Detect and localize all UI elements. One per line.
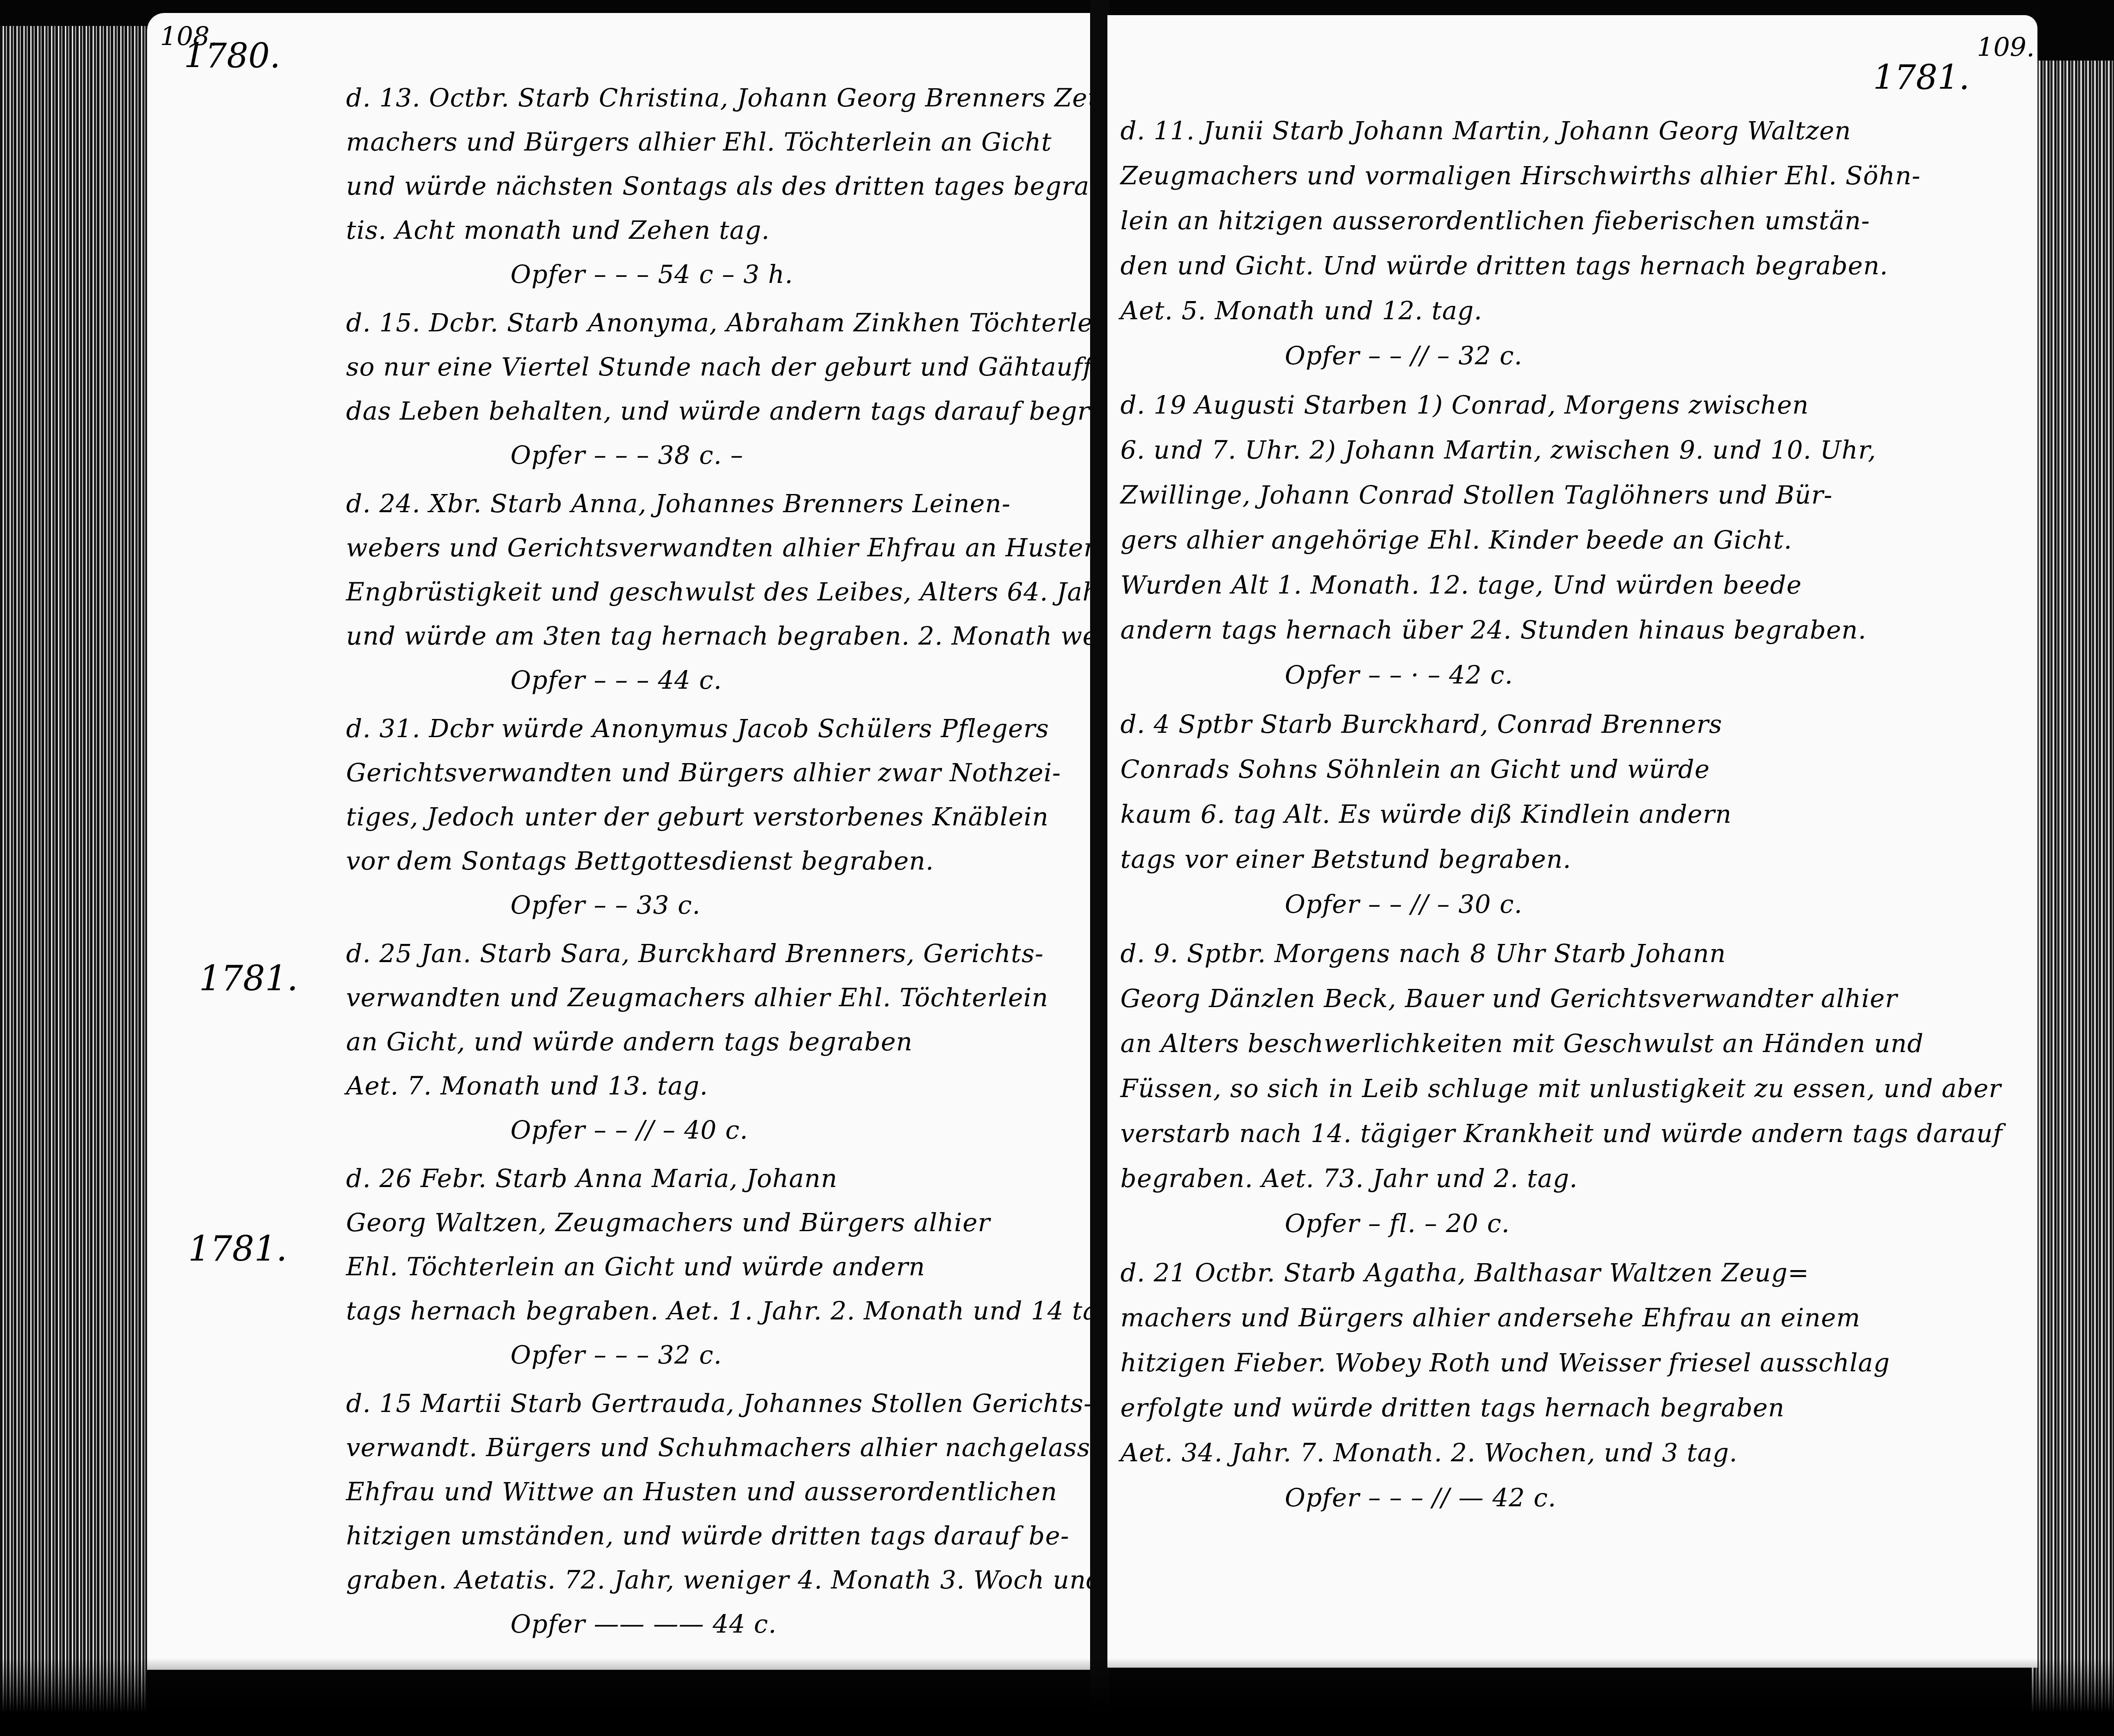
entry-line: verwandten und Zeugmachers alhier Ehl. T… <box>346 975 1090 1020</box>
entry-line: an Gicht, und würde andern tags begraben <box>346 1020 1090 1064</box>
entry-line: Georg Waltzen, Zeugmachers und Bürgers a… <box>346 1200 1090 1245</box>
entry-line: den und Gicht. Und würde dritten tags he… <box>1120 243 1864 288</box>
entry-line: Engbrüstigkeit und geschwulst des Leibes… <box>346 570 1090 614</box>
entry-line: hitzigen umständen, und würde dritten ta… <box>346 1514 1090 1558</box>
entry-line: Aet. 5. Monath und 12. tag. <box>1120 288 1864 333</box>
burial-entry: d. 4 Sptbr Starb Burckhard, Conrad Brenn… <box>1120 702 1864 927</box>
entry-line: Ehfrau und Wittwe an Husten und ausseror… <box>346 1470 1090 1514</box>
margin-year-1: 1781. <box>199 958 298 998</box>
entry-line: machers und Bürgers alhier andersehe Ehf… <box>1120 1295 1864 1340</box>
entry-line: und würde nächsten Sontags als des dritt… <box>346 164 1090 208</box>
entry-line: Zeugmachers und vormaligen Hirschwirths … <box>1120 153 1864 198</box>
offering-fee: Opfer – – – 38 c. – <box>346 433 1090 477</box>
entry-line: und würde am 3ten tag hernach begraben. … <box>346 614 1090 658</box>
offering-fee: Opfer – – – 32 c. <box>346 1333 1090 1377</box>
entry-line: 6. und 7. Uhr. 2) Johann Martin, zwische… <box>1120 427 1864 472</box>
entry-line: d. 25 Jan. Starb Sara, Burckhard Brenner… <box>346 931 1090 975</box>
burial-entry: d. 24. Xbr. Starb Anna, Johannes Brenner… <box>346 481 1090 702</box>
entry-line: verstarb nach 14. tägiger Krankheit und … <box>1120 1111 1864 1156</box>
entry-line: tags hernach begraben. Aet. 1. Jahr. 2. … <box>346 1289 1090 1333</box>
entry-line: d. 13. Octbr. Starb Christina, Johann Ge… <box>346 76 1090 120</box>
entry-line: kaum 6. tag Alt. Es würde diß Kindlein a… <box>1120 792 1864 837</box>
book-gutter <box>1090 0 1110 1736</box>
offering-fee: Opfer – fl. – 20 c. <box>1120 1201 1864 1246</box>
offering-fee: Opfer – – · – 42 c. <box>1120 652 1864 697</box>
burial-entry: d. 15. Dcbr. Starb Anonyma, Abraham Zink… <box>346 301 1090 477</box>
entry-line: d. 26 Febr. Starb Anna Maria, Johann <box>346 1156 1090 1200</box>
burial-entry: d. 9. Sptbr. Morgens nach 8 Uhr Starb Jo… <box>1120 931 1864 1246</box>
entry-line: d. 9. Sptbr. Morgens nach 8 Uhr Starb Jo… <box>1120 931 1864 976</box>
book-scan: 108. 1780. 1781. 1781. d. 13. Octbr. Sta… <box>0 0 2114 1736</box>
entry-line: graben. Aetatis. 72. Jahr, weniger 4. Mo… <box>346 1558 1090 1602</box>
entry-line: d. 21 Octbr. Starb Agatha, Balthasar Wal… <box>1120 1250 1864 1295</box>
offering-fee: Opfer – – – 44 c. <box>346 658 1090 702</box>
entry-line: tis. Acht monath und Zehen tag. <box>346 208 1090 252</box>
entry-line: Georg Dänzlen Beck, Bauer und Gerichtsve… <box>1120 976 1864 1021</box>
entry-line: tags vor einer Betstund begraben. <box>1120 837 1864 882</box>
entry-line: d. 24. Xbr. Starb Anna, Johannes Brenner… <box>346 481 1090 526</box>
entry-line: vor dem Sontags Bettgottesdienst begrabe… <box>346 839 1090 883</box>
entry-line: hitzigen Fieber. Wobey Roth und Weisser … <box>1120 1340 1864 1385</box>
entry-line: andern tags hernach über 24. Stunden hin… <box>1120 607 1864 652</box>
entry-line: d. 15 Martii Starb Gertrauda, Johannes S… <box>346 1381 1090 1425</box>
entry-line: gers alhier angehörige Ehl. Kinder beede… <box>1120 517 1864 562</box>
entry-line: Aet. 7. Monath und 13. tag. <box>346 1064 1090 1108</box>
year-header-right: 1781. <box>1873 58 1970 97</box>
offering-fee: Opfer – – // – 40 c. <box>346 1108 1090 1152</box>
page-edges-left <box>0 26 147 1735</box>
entry-line: Aet. 34. Jahr. 7. Monath. 2. Wochen, und… <box>1120 1430 1864 1475</box>
offering-fee: Opfer – – 33 c. <box>346 883 1090 927</box>
entry-line: begraben. Aet. 73. Jahr und 2. tag. <box>1120 1156 1864 1201</box>
entry-line: d. 15. Dcbr. Starb Anonyma, Abraham Zink… <box>346 301 1090 345</box>
entry-line: d. 31. Dcbr würde Anonymus Jacob Schüler… <box>346 706 1090 751</box>
entry-line: Ehl. Töchterlein an Gicht und würde ande… <box>346 1245 1090 1289</box>
entry-line: Gerichtsverwandten und Bürgers alhier zw… <box>346 751 1090 795</box>
right-page-entries: d. 11. Junii Starb Johann Martin, Johann… <box>1120 108 1864 1524</box>
entry-line: an Alters beschwerlichkeiten mit Geschwu… <box>1120 1021 1864 1066</box>
offering-fee: Opfer —— —— 44 c. <box>346 1602 1090 1646</box>
right-page: 109. 1781. d. 11. Junii Starb Johann Mar… <box>1107 15 2037 1668</box>
entry-line: das Leben behalten, und würde andern tag… <box>346 389 1090 433</box>
entry-line: Wurden Alt 1. Monath. 12. tage, Und würd… <box>1120 562 1864 607</box>
burial-entry: d. 15 Martii Starb Gertrauda, Johannes S… <box>346 1381 1090 1646</box>
left-page-entries: d. 13. Octbr. Starb Christina, Johann Ge… <box>346 76 1090 1650</box>
offering-fee: Opfer – – // – 32 c. <box>1120 333 1864 378</box>
entry-line: Zwillinge, Johann Conrad Stollen Taglöhn… <box>1120 472 1864 517</box>
burial-entry: d. 31. Dcbr würde Anonymus Jacob Schüler… <box>346 706 1090 927</box>
offering-fee: Opfer – – // – 30 c. <box>1120 882 1864 927</box>
left-page: 108. 1780. 1781. 1781. d. 13. Octbr. Sta… <box>147 13 1094 1670</box>
burial-entry: d. 13. Octbr. Starb Christina, Johann Ge… <box>346 76 1090 296</box>
scan-bottom-shadow <box>0 1658 2114 1736</box>
year-header-left: 1780. <box>184 37 280 76</box>
burial-entry: d. 19 Augusti Starben 1) Conrad, Morgens… <box>1120 382 1864 697</box>
burial-entry: d. 21 Octbr. Starb Agatha, Balthasar Wal… <box>1120 1250 1864 1520</box>
entry-line: d. 19 Augusti Starben 1) Conrad, Morgens… <box>1120 382 1864 427</box>
entry-line: d. 4 Sptbr Starb Burckhard, Conrad Brenn… <box>1120 702 1864 747</box>
burial-entry: d. 11. Junii Starb Johann Martin, Johann… <box>1120 108 1864 378</box>
entry-line: so nur eine Viertel Stunde nach der gebu… <box>346 345 1090 389</box>
entry-line: d. 11. Junii Starb Johann Martin, Johann… <box>1120 108 1864 153</box>
entry-line: tiges, Jedoch unter der geburt verstorbe… <box>346 795 1090 839</box>
entry-line: erfolgte und würde dritten tags hernach … <box>1120 1385 1864 1430</box>
entry-line: webers und Gerichtsverwandten alhier Ehf… <box>346 526 1090 570</box>
entry-line: machers und Bürgers alhier Ehl. Töchterl… <box>346 120 1090 164</box>
entry-line: verwandt. Bürgers und Schuhmachers alhie… <box>346 1425 1090 1470</box>
burial-entry: d. 26 Febr. Starb Anna Maria, Johann Geo… <box>346 1156 1090 1377</box>
burial-entry: d. 25 Jan. Starb Sara, Burckhard Brenner… <box>346 931 1090 1152</box>
offering-fee: Opfer – – – 54 c – 3 h. <box>346 252 1090 296</box>
page-number-right: 109. <box>1977 32 2035 63</box>
page-edges-right <box>2032 61 2114 1735</box>
entry-line: Füssen, so sich in Leib schluge mit unlu… <box>1120 1066 1864 1111</box>
entry-line: lein an hitzigen ausserordentlichen fieb… <box>1120 198 1864 243</box>
margin-year-2: 1781. <box>188 1229 287 1269</box>
entry-line: Conrads Sohns Söhnlein an Gicht und würd… <box>1120 747 1864 792</box>
offering-fee: Opfer – – – // — 42 c. <box>1120 1475 1864 1520</box>
